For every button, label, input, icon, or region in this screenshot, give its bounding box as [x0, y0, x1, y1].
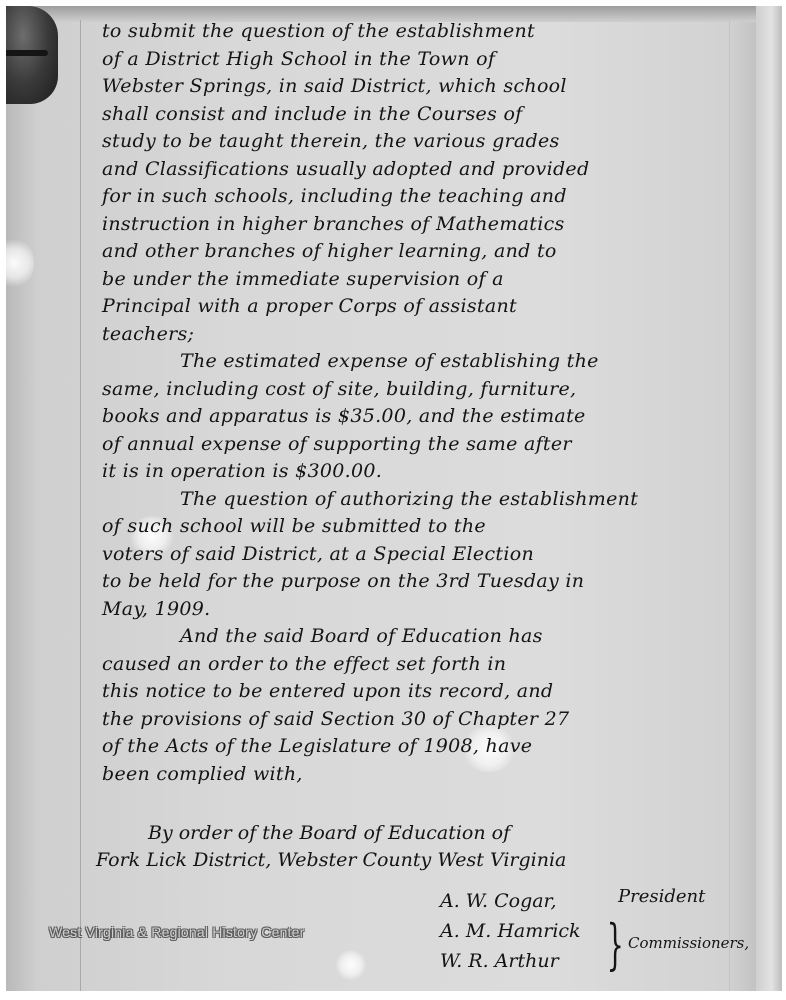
text-line: be under the immediate supervision of a: [102, 266, 742, 294]
text-line: of a District High School in the Town of: [102, 46, 742, 74]
president-title: President: [618, 886, 705, 907]
paragraph-order-line: been complied with,: [102, 761, 742, 789]
paragraph-order-line: this notice to be entered upon its recor…: [102, 678, 742, 706]
text-line: instruction in higher branches of Mathem…: [102, 211, 742, 239]
commissioners-title: Commissioners,: [628, 934, 749, 952]
paragraph-order-line: the provisions of said Section 30 of Cha…: [102, 706, 742, 734]
closing-block: By order of the Board of Education of Fo…: [96, 820, 746, 874]
text-line: and Classifications usually adopted and …: [102, 156, 742, 184]
closing-line: Fork Lick District, Webster County West …: [96, 847, 746, 874]
text-line: study to be taught therein, the various …: [102, 128, 742, 156]
signature-president: A. W. Cogar,: [440, 886, 581, 916]
paragraph-order-line: of the Acts of the Legislature of 1908, …: [102, 733, 742, 761]
light-glare: [336, 950, 366, 980]
commissioners-brace: }: [607, 918, 624, 972]
paragraph-expense-line: The estimated expense of establishing th…: [102, 348, 742, 376]
text-line: and other branches of higher learning, a…: [102, 238, 742, 266]
paragraph-order-line: And the said Board of Education has: [102, 623, 742, 651]
paragraph-expense-line: same, including cost of site, building, …: [102, 376, 742, 404]
handwritten-text-block: to submit the question of the establishm…: [102, 18, 742, 788]
paragraph-expense-line: it is in operation is $300.00.: [102, 458, 742, 486]
text-line: shall consist and include in the Courses…: [102, 101, 742, 129]
text-line: teachers;: [102, 321, 742, 349]
text-line: Principal with a proper Corps of assista…: [102, 293, 742, 321]
left-margin-rule: [80, 20, 81, 991]
paragraph-expense-line: books and apparatus is $35.00, and the e…: [102, 403, 742, 431]
paragraph-order-line: caused an order to the effect set forth …: [102, 651, 742, 679]
paragraph-election-line: of such school will be submitted to the: [102, 513, 742, 541]
signature-commissioner: W. R. Arthur: [440, 946, 581, 976]
signature-commissioner: A. M. Hamrick: [440, 916, 581, 946]
paragraph-election-line: to be held for the purpose on the 3rd Tu…: [102, 568, 742, 596]
signature-names: A. W. Cogar, A. M. Hamrick W. R. Arthur: [440, 886, 581, 976]
paragraph-election-line: The question of authorizing the establis…: [102, 486, 742, 514]
closing-line: By order of the Board of Education of: [96, 820, 746, 847]
thumb-holding-page: [6, 6, 58, 104]
paper-right-edge: [756, 6, 782, 991]
paragraph-expense-line: of annual expense of supporting the same…: [102, 431, 742, 459]
text-line: Webster Springs, in said District, which…: [102, 73, 742, 101]
paragraph-election-line: May, 1909.: [102, 596, 742, 624]
text-line: to submit the question of the establishm…: [102, 18, 742, 46]
watermark: West Virginia & Regional History Center: [49, 924, 305, 940]
light-glare: [6, 238, 34, 288]
paragraph-election-line: voters of said District, at a Special El…: [102, 541, 742, 569]
text-line: for in such schools, including the teach…: [102, 183, 742, 211]
